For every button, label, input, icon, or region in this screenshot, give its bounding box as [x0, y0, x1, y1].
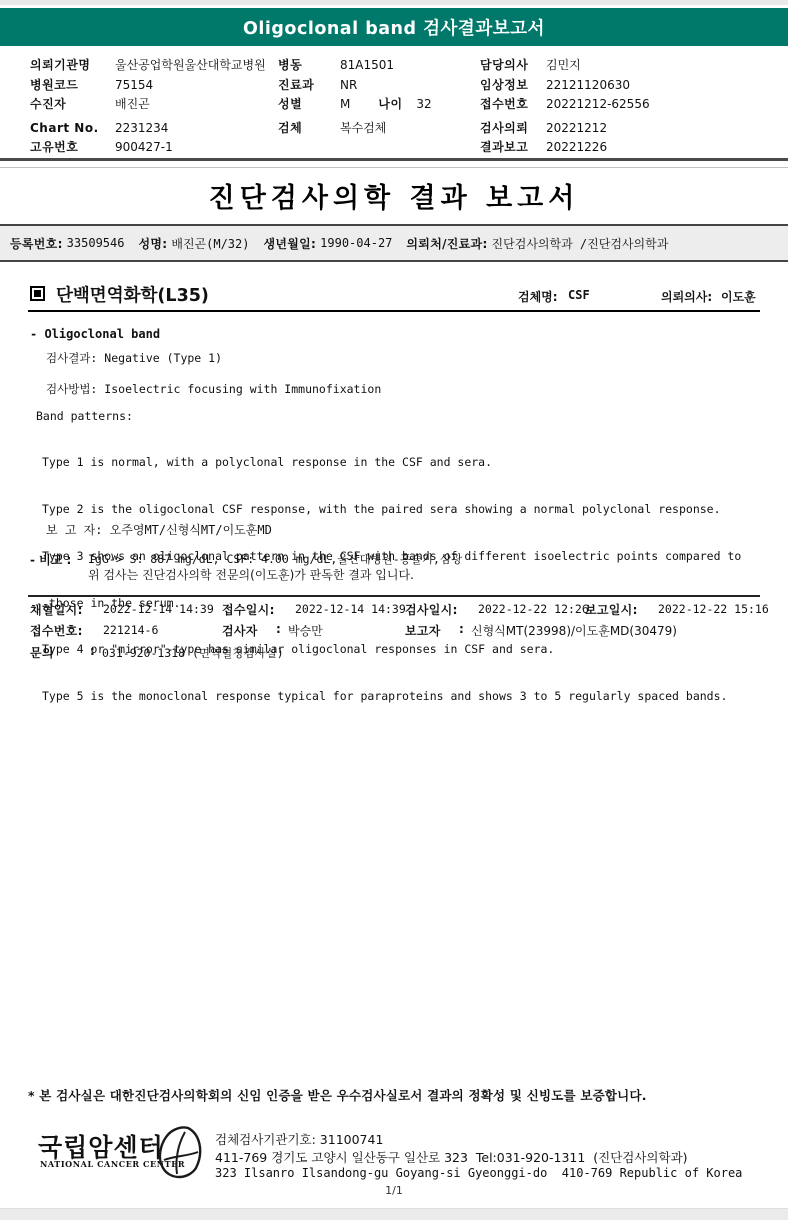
- registration-bar: 등록번호: 33509546 성명: 배진곤(M/32) 생년월일: 1990-…: [0, 224, 788, 262]
- field-label: 채혈일시:: [30, 601, 83, 618]
- field-label: 성별: [278, 95, 340, 115]
- section-title: 단백면역화학(L35): [56, 282, 209, 307]
- field-value: 031-920-1318 (면역혈청검사실): [102, 645, 284, 661]
- band-pattern-line: Type 2 is the oligoclonal CSF response, …: [42, 502, 741, 518]
- band-pattern-line: Type 1 is normal, with a polyclonal resp…: [42, 455, 741, 471]
- band-pattern-line: Type 5 is the monoclonal response typica…: [42, 689, 741, 705]
- field-value: 81A1501: [340, 56, 394, 76]
- field-label: 접수번호: [480, 95, 546, 115]
- field-value: 20221212-62556: [546, 95, 650, 115]
- field-row: 결과보고 20221226: [480, 138, 650, 158]
- result-label: 검사결과:: [46, 351, 97, 365]
- remark-line-1: IgG-> S: 887 mg/dL, CSF: 4.00 mg/dL,울산대병…: [88, 551, 462, 567]
- lab-report-page: Oligoclonal band 검사결과보고서 의뢰기관명 울산공업학원울산대…: [0, 0, 788, 1220]
- section-header: 단백면역화학(L35) 검체명: CSF 의뢰의사: 이도훈: [28, 282, 760, 312]
- field-label: 담당의사: [480, 56, 546, 76]
- field-row: 검체 복수검체: [278, 119, 432, 139]
- specimen-value: CSF: [568, 288, 590, 302]
- result-value: Negative (Type 1): [104, 351, 222, 365]
- field-label: 진료과: [278, 76, 340, 96]
- field-label: 수진자: [30, 95, 115, 115]
- field-value: NR: [340, 76, 357, 96]
- field-label: 검사의뢰: [480, 119, 546, 139]
- field-row: 접수번호 20221212-62556: [480, 95, 650, 115]
- field-row: 임상정보 22121120630: [480, 76, 650, 96]
- patient-info-col3: 담당의사 김민지 임상정보 22121120630 접수번호 20221212-…: [480, 56, 650, 158]
- field-value: 2022-12-22 15:16: [658, 602, 769, 616]
- report-header-title: Oligoclonal band 검사결과보고서: [243, 15, 545, 40]
- band-patterns-title: Band patterns:: [36, 409, 133, 423]
- method-label: 검사방법:: [46, 382, 97, 396]
- field-value: 2231234: [115, 119, 168, 139]
- patient-info-col1: 의뢰기관명 울산공업학원울산대학교병원 병원코드 75154 수진자 배진곤 C…: [30, 56, 266, 158]
- field-value: M: [340, 95, 350, 115]
- field-label: 결과보고: [480, 138, 546, 158]
- field-label: 검사일시:: [405, 601, 458, 618]
- field-value: 2022-12-14 14:39: [295, 602, 406, 616]
- section-divider: [0, 158, 788, 161]
- field-value: 900427-1: [115, 138, 173, 158]
- field-value: 32: [416, 95, 431, 115]
- field-separator: :: [276, 622, 281, 636]
- registration-label: 성명:: [138, 235, 167, 252]
- field-label: Chart No.: [30, 119, 115, 139]
- field-value: 복수검체: [340, 119, 386, 139]
- field-label: 임상정보: [480, 76, 546, 96]
- field-value: 박승만: [288, 622, 323, 639]
- bottom-gray-strip: [0, 1208, 788, 1220]
- field-label: 나이: [378, 95, 416, 115]
- field-label: 접수일시:: [222, 601, 275, 618]
- reporter-line: 보 고 자: 오주영MT/신형식MT/이도훈MD: [46, 521, 272, 538]
- accreditation-statement: * 본 검사실은 대한진단검사의학회의 신임 인증을 받은 우수검사실로서 결과…: [28, 1086, 764, 1104]
- ordering-doctor-value: 이도훈: [721, 288, 756, 305]
- field-label: 의뢰기관명: [30, 56, 115, 76]
- field-label: 보고자: [405, 622, 441, 639]
- field-separator: :: [459, 622, 464, 636]
- field-row: Chart No. 2231234: [30, 119, 266, 139]
- ordering-doctor-label: 의뢰의사:: [661, 288, 712, 305]
- field-value: 김민지: [546, 56, 581, 76]
- field-value: 울산공업학원울산대학교병원: [115, 56, 266, 76]
- registration-label: 등록번호:: [10, 235, 63, 252]
- registration-value: 1990-04-27: [320, 236, 392, 250]
- test-method-line: 검사방법: Isoelectric focusing with Immunofi…: [46, 381, 381, 397]
- patient-info-col2: 병동 81A1501 진료과 NR 성별 M 나이 32 검체 복수검체: [278, 56, 432, 138]
- org-address-kr: 411-769 경기도 고양시 일산동구 일산로 323 Tel:031-920…: [215, 1148, 688, 1166]
- section-divider-thin: [0, 167, 788, 168]
- remark-label: - 비고 :: [30, 551, 71, 568]
- org-logo-icon: [158, 1126, 204, 1184]
- specimen-label: 검체명:: [518, 288, 558, 305]
- field-label: 고유번호: [30, 138, 115, 158]
- field-label: 문의: [30, 644, 54, 661]
- registration-value: 진단검사의학과 /진단검사의학과: [492, 235, 669, 252]
- field-row: 진료과 NR: [278, 76, 432, 96]
- field-row: 담당의사 김민지: [480, 56, 650, 76]
- field-row: 수진자 배진곤: [30, 95, 266, 115]
- field-row: 검사의뢰 20221212: [480, 119, 650, 139]
- field-label: 보고일시:: [585, 601, 638, 618]
- test-name: - Oligoclonal band: [30, 327, 160, 341]
- registration-value: 배진곤(M/32): [171, 235, 249, 252]
- field-row: 의뢰기관명 울산공업학원울산대학교병원: [30, 56, 266, 76]
- field-value: 20221226: [546, 138, 607, 158]
- method-value: Isoelectric focusing with Immunofixation: [104, 382, 381, 396]
- field-value: 2022-12-14 14:39: [103, 602, 214, 616]
- org-code-line: 검체검사기관기호: 31100741: [215, 1130, 383, 1148]
- section-marker-icon: [30, 286, 45, 301]
- field-separator: :: [90, 644, 95, 658]
- registration-label: 생년월일:: [263, 235, 316, 252]
- field-value: 75154: [115, 76, 153, 96]
- field-value: 20221212: [546, 119, 607, 139]
- org-address-en: 323 Ilsanro Ilsandong-gu Goyang-si Gyeon…: [215, 1166, 742, 1180]
- page-title: 진단검사의학 결과 보고서: [0, 176, 788, 215]
- field-row: 병동 81A1501: [278, 56, 432, 76]
- top-gray-strip: [0, 0, 788, 5]
- registration-value: 33509546: [67, 236, 125, 250]
- field-value: 2022-12-22 12:26: [478, 602, 589, 616]
- page-number: 1/1: [0, 1184, 788, 1197]
- field-label: 검체: [278, 119, 340, 139]
- field-value: 신형식MT(23998)/이도훈MD(30479): [471, 622, 677, 639]
- field-label: 병원코드: [30, 76, 115, 96]
- field-value: 배진곤: [115, 95, 150, 115]
- footer-divider: [28, 595, 760, 597]
- field-row: 성별 M 나이 32: [278, 95, 432, 115]
- field-label: 접수번호:: [30, 622, 83, 639]
- remark-line-2: 위 검사는 진단검사의학 전문의(이도훈)가 판독한 결과 입니다.: [88, 566, 414, 583]
- field-value: 221214-6: [103, 623, 158, 637]
- field-row: 고유번호 900427-1: [30, 138, 266, 158]
- report-header-bar: Oligoclonal band 검사결과보고서: [0, 8, 788, 46]
- field-label: 병동: [278, 56, 340, 76]
- test-result-line: 검사결과: Negative (Type 1): [46, 350, 222, 366]
- field-value: 22121120630: [546, 76, 630, 96]
- registration-label: 의뢰처/진료과:: [406, 235, 487, 252]
- field-label: 검사자: [222, 622, 258, 639]
- field-row: 병원코드 75154: [30, 76, 266, 96]
